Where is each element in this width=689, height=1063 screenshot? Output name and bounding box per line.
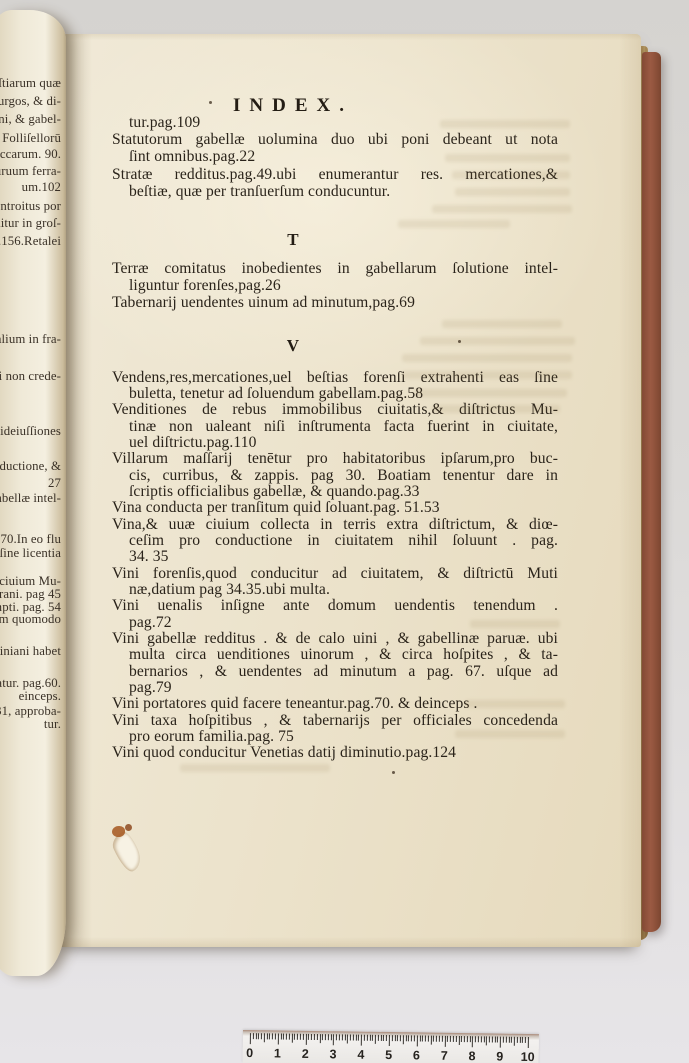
- ruler-tick: [250, 1033, 251, 1044]
- ruler-tick: [447, 1036, 448, 1042]
- left-page-text-fragment: re fideiuſſiones: [0, 424, 61, 439]
- ruler-tick: [294, 1034, 295, 1040]
- ruler-tick: [386, 1035, 387, 1041]
- index-line: multa circa uenditiones uinorum , & circ…: [112, 647, 558, 663]
- index-line: Villarum maſſarij tenētur pro habitatori…: [112, 451, 558, 467]
- ruler-tick: [478, 1036, 479, 1042]
- ruler-tick: [355, 1035, 356, 1041]
- show-through-mark: [432, 205, 572, 213]
- ruler-tick: [486, 1036, 487, 1045]
- index-line: Vina conducta per tranſitum quid ſoluant…: [112, 500, 558, 516]
- index-line: ſcriptis officialibus gabellæ, & quando.…: [112, 484, 558, 500]
- left-page-text-fragment: eſtiarum quæ: [0, 76, 61, 91]
- left-page-text-fragment: Curuum ferra-: [0, 164, 61, 179]
- ruler-tick: [255, 1033, 256, 1039]
- ruler-number: 10: [517, 1050, 539, 1063]
- left-page-text-fragment: 8.Introitus por: [0, 199, 61, 214]
- left-page-text-fragment: um.102: [22, 180, 61, 195]
- show-through-mark: [402, 354, 572, 362]
- ruler-tick: [439, 1036, 440, 1042]
- show-through-mark: [452, 171, 570, 179]
- ruler-tick: [336, 1034, 337, 1040]
- wormhole-brown-spot: [112, 826, 125, 837]
- show-through-mark: [398, 220, 510, 228]
- ruler-tick: [283, 1034, 284, 1040]
- ruler-tick: [325, 1034, 326, 1040]
- ruler-tick: [450, 1036, 451, 1042]
- left-page-text-fragment: einceps.: [19, 689, 61, 704]
- ruler-tick: [264, 1033, 265, 1042]
- ruler-tick: [492, 1036, 493, 1042]
- show-through-mark: [180, 764, 330, 772]
- show-through-mark: [440, 120, 570, 128]
- left-page-text-fragment: tur.: [44, 717, 61, 732]
- ruler-tick: [520, 1037, 521, 1043]
- ink-speck: [392, 771, 395, 774]
- ruler-tick: [311, 1034, 312, 1040]
- show-through-mark: [432, 405, 560, 413]
- ruler-tick: [383, 1035, 384, 1041]
- ruler-tick: [436, 1036, 437, 1042]
- index-line: tinæ non ualeant niſi inſtrumenta facta …: [112, 419, 558, 435]
- ruler-tick: [253, 1033, 254, 1039]
- ruler-tick: [328, 1034, 329, 1040]
- ruler-tick: [372, 1035, 373, 1041]
- index-line: Statutorum gabellæ uolumina duo ubi poni…: [112, 131, 558, 148]
- index-line: ceſim pro conductione in ciuitatem nihil…: [112, 533, 558, 549]
- ruler-tick: [269, 1033, 270, 1039]
- ruler-tick: [444, 1036, 445, 1047]
- ruler-tick: [428, 1036, 429, 1042]
- ruler-tick: [381, 1035, 382, 1041]
- ruler-tick: [358, 1035, 359, 1041]
- ruler: 012345678910: [243, 1030, 539, 1063]
- ruler-tick: [350, 1034, 351, 1040]
- ruler-tick: [406, 1035, 407, 1041]
- ruler-tick: [330, 1034, 331, 1040]
- ruler-tick: [472, 1036, 473, 1047]
- index-line: Vini gabellæ redditus . & de calo uini ,…: [112, 631, 558, 647]
- ruler-number: 2: [294, 1047, 316, 1061]
- ruler-tick: [508, 1037, 509, 1043]
- ruler-tick: [528, 1037, 529, 1048]
- left-page-text-fragment: miniani habet: [0, 644, 61, 659]
- ruler-tick: [392, 1035, 393, 1041]
- ruler-tick: [322, 1034, 323, 1040]
- ruler-tick: [525, 1037, 526, 1043]
- ruler-tick: [367, 1035, 368, 1041]
- index-line: liguntur forenſes,pag.26: [112, 277, 558, 294]
- ruler-tick: [511, 1037, 512, 1043]
- left-page-text-fragment: ialium in fra-: [0, 332, 61, 347]
- left-page-text-fragment: do ſine licentia: [0, 546, 61, 561]
- ruler-tick: [419, 1035, 420, 1041]
- ruler-tick: [375, 1035, 376, 1044]
- ruler-tick: [394, 1035, 395, 1041]
- index-line: Tabernarij uendentes uinum ad minutum,pa…: [112, 294, 558, 311]
- ruler-tick: [481, 1036, 482, 1042]
- ruler-tick: [503, 1037, 504, 1043]
- left-page-text-fragment: e gabellæ intel-: [0, 491, 61, 506]
- ruler-tick: [292, 1034, 293, 1043]
- index-line: Vini quod conducitur Venetias datij dimi…: [112, 745, 558, 761]
- ruler-number: 4: [350, 1047, 372, 1061]
- ruler-tick: [369, 1035, 370, 1041]
- ruler-tick: [389, 1035, 390, 1046]
- ruler-tick: [442, 1036, 443, 1042]
- index-section: VVendens,res,mercationes,uel beſtias for…: [112, 335, 558, 762]
- ruler-tick: [403, 1035, 404, 1044]
- ruler-number: 5: [378, 1048, 400, 1062]
- ruler-tick: [453, 1036, 454, 1042]
- ruler-tick: [469, 1036, 470, 1042]
- book-photo: { "photo": { "description": "Photograph …: [0, 0, 689, 1063]
- ruler-number: 6: [405, 1048, 427, 1062]
- ruler-tick: [303, 1034, 304, 1040]
- left-page-text-fragment: Vini, & gabel-: [0, 112, 61, 127]
- left-page-text-fragment: m.156.Retalei: [0, 234, 61, 249]
- ruler-tick: [272, 1033, 273, 1039]
- ruler-number: 9: [489, 1049, 511, 1063]
- left-page-text-fragment: onductione, &: [0, 459, 61, 474]
- ruler-tick: [514, 1037, 515, 1046]
- index-line: cis, curribus, & zappis. pag 30. Boatiam…: [112, 468, 558, 484]
- ruler-tick: [464, 1036, 465, 1042]
- ruler-tick: [314, 1034, 315, 1040]
- wormhole-brown-spot-small: [125, 824, 132, 831]
- ruler-tick: [342, 1034, 343, 1040]
- ruler-tick: [506, 1037, 507, 1043]
- ruler-number: 8: [461, 1049, 483, 1063]
- ruler-tick: [280, 1034, 281, 1040]
- ruler-tick: [339, 1034, 340, 1040]
- index-line: Vini uenalis inſigne ante domum uendenti…: [112, 598, 558, 614]
- ruler-tick: [308, 1034, 309, 1040]
- ruler-tick: [278, 1033, 279, 1044]
- ruler-tick: [400, 1035, 401, 1041]
- wormhole-blemish: [110, 824, 148, 882]
- left-page-text-fragment: burgos, & di-: [0, 94, 61, 109]
- index-section: TTerræ comitatus inobedientes in gabella…: [112, 229, 558, 312]
- show-through-mark: [442, 320, 562, 328]
- section-letter: T: [112, 229, 474, 251]
- ruler-tick: [411, 1035, 412, 1041]
- left-page-text-fragment: lli non crede-: [0, 369, 61, 384]
- left-page-text-fragment: nditur in groſ-: [0, 216, 61, 231]
- left-page-text-fragment: uccarum. 90.: [0, 147, 61, 162]
- ruler-tick: [300, 1034, 301, 1040]
- ruler-tick: [378, 1035, 379, 1041]
- ruler-tick: [489, 1036, 490, 1042]
- left-page-text-fragment: pag 70.In eo flu: [0, 532, 61, 547]
- ruler-tick: [347, 1034, 348, 1043]
- ruler-number: 3: [322, 1047, 344, 1061]
- ruler-tick: [425, 1036, 426, 1042]
- ruler-tick: [275, 1033, 276, 1039]
- index-page: INDEX. tur.pag.109Statutorum gabellæ uol…: [58, 34, 641, 947]
- ruler-tick: [319, 1034, 320, 1043]
- ruler-tick: [414, 1035, 415, 1041]
- ruler-tick: [417, 1035, 418, 1046]
- ruler-number: 7: [433, 1049, 455, 1063]
- ruler-tick: [517, 1037, 518, 1043]
- ruler-tick: [408, 1035, 409, 1041]
- ruler-tick: [261, 1033, 262, 1039]
- ink-speck: [209, 101, 212, 104]
- ruler-tick: [467, 1036, 468, 1042]
- ruler-tick: [361, 1035, 362, 1046]
- index-line: Vina,& uuæ ciuium collecta in terris ext…: [112, 517, 558, 533]
- show-through-mark: [402, 371, 572, 379]
- ink-speck: [458, 340, 461, 343]
- ruler-tick: [289, 1034, 290, 1040]
- ruler-tick: [500, 1037, 501, 1048]
- index-line: 34. 35: [112, 549, 558, 565]
- ruler-tick: [286, 1034, 287, 1040]
- book-cover-edge: [642, 52, 661, 932]
- ruler-tick: [267, 1033, 268, 1039]
- left-page-text-fragment: rum quomodo: [0, 612, 61, 627]
- index-line: Vini taxa hoſpitibus , & tabernarijs per…: [112, 713, 558, 729]
- show-through-mark: [455, 188, 570, 196]
- ruler-tick: [397, 1035, 398, 1041]
- ruler-tick: [458, 1036, 459, 1045]
- ruler-tick: [522, 1037, 523, 1043]
- ruler-tick: [422, 1036, 423, 1042]
- index-line: Vini forenſis,quod conducitur ad ciuitat…: [112, 566, 558, 582]
- ruler-tick: [494, 1037, 495, 1043]
- ruler-tick: [497, 1037, 498, 1043]
- index-line: bernarios , & uendentes ad minutum a pag…: [112, 664, 558, 680]
- index-line: næ,datium pag 34.35.ubi multa.: [112, 582, 558, 598]
- left-page-text-fragment: 27: [48, 476, 61, 491]
- index-line: Terræ comitatus inobedientes in gabellar…: [112, 260, 558, 277]
- ruler-tick: [344, 1034, 345, 1040]
- show-through-mark: [445, 154, 570, 162]
- index-line: pag.79: [112, 680, 558, 696]
- ruler-tick: [475, 1036, 476, 1042]
- show-through-mark: [470, 620, 560, 628]
- show-through-mark: [420, 337, 575, 345]
- ruler-number: 0: [243, 1046, 261, 1060]
- show-through-mark: [465, 700, 565, 708]
- show-through-mark: [455, 730, 565, 738]
- ruler-tick: [297, 1034, 298, 1040]
- left-page-text-fragment: 8, Folliſellorū: [0, 131, 61, 146]
- ruler-tick: [431, 1036, 432, 1045]
- index-line: uel diſtrictu.pag.110: [112, 435, 558, 451]
- ruler-tick: [456, 1036, 457, 1042]
- ruler-tick: [483, 1036, 484, 1042]
- ruler-tick: [433, 1036, 434, 1042]
- curled-previous-page: eſtiarum quæburgos, & di-Vini, & gabel-8…: [0, 10, 66, 976]
- ruler-tick: [258, 1033, 259, 1039]
- show-through-mark: [415, 389, 567, 397]
- ruler-tick: [461, 1036, 462, 1042]
- ruler-tick: [317, 1034, 318, 1040]
- ruler-tick: [353, 1035, 354, 1041]
- ruler-tick: [364, 1035, 365, 1041]
- ruler-number: 1: [266, 1046, 288, 1060]
- ruler-tick: [305, 1034, 306, 1045]
- ruler-tick: [333, 1034, 334, 1045]
